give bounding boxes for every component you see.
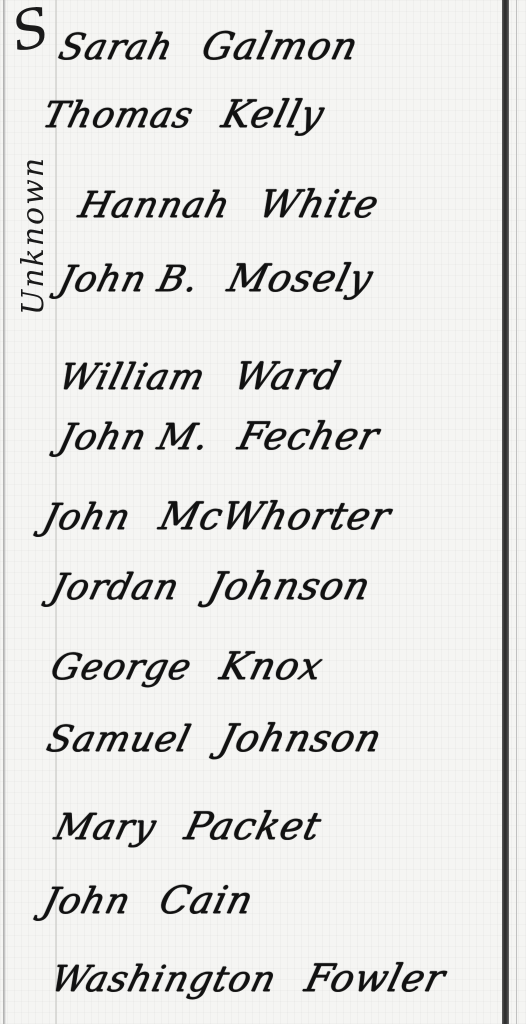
given-name: Washington — [47, 959, 281, 1000]
surname: Mosely — [223, 256, 377, 300]
given-name: John — [39, 497, 136, 538]
given-name: John B. — [55, 259, 204, 300]
given-name: Thomas — [39, 95, 198, 136]
given-name: Hannah — [75, 185, 235, 226]
list-item: John Cain — [39, 862, 263, 922]
surname: White — [254, 182, 383, 226]
document-page: S Unknown Sarah Galmon Thomas Kelly Hann… — [0, 0, 526, 1024]
surname: Fowler — [301, 956, 450, 1000]
list-item: Jordan Johnson — [47, 548, 380, 608]
given-name: Sarah — [55, 27, 178, 68]
given-name: Jordan — [47, 567, 184, 608]
given-name: Mary — [51, 807, 161, 848]
surname: Knox — [216, 644, 328, 688]
surname: Johnson — [215, 716, 387, 760]
list-item: Mary Packet — [51, 788, 330, 848]
column-border-line — [502, 0, 509, 1024]
surname: Packet — [180, 804, 326, 848]
surname: Fecher — [234, 414, 384, 458]
list-item: John B. Mosely — [55, 240, 382, 300]
list-item: Thomas Kelly — [39, 76, 334, 136]
given-name: William — [55, 357, 210, 398]
list-item: Sarah Galmon — [55, 8, 368, 68]
given-name: George — [47, 647, 197, 688]
surname: Kelly — [217, 92, 329, 136]
list-item: Samuel Johnson — [43, 700, 391, 760]
list-item: Washington Fowler — [47, 940, 455, 1000]
surname: Galmon — [198, 24, 364, 68]
given-name: John M. — [55, 417, 214, 458]
surname: Johnson — [204, 564, 376, 608]
list-item: George Knox — [47, 628, 332, 688]
name-list: Sarah Galmon Thomas Kelly Hannah White J… — [0, 0, 500, 1024]
faint-ruled-line — [516, 0, 517, 1024]
list-item: William Ward — [55, 338, 350, 398]
given-name: John — [39, 881, 136, 922]
list-item: Hannah White — [75, 166, 388, 226]
list-item: John McWhorter — [39, 478, 400, 538]
given-name: Samuel — [43, 719, 195, 760]
surname: Ward — [230, 354, 346, 398]
list-item: John M. Fecher — [55, 398, 388, 458]
surname: Cain — [155, 878, 258, 922]
surname: McWhorter — [155, 494, 396, 538]
